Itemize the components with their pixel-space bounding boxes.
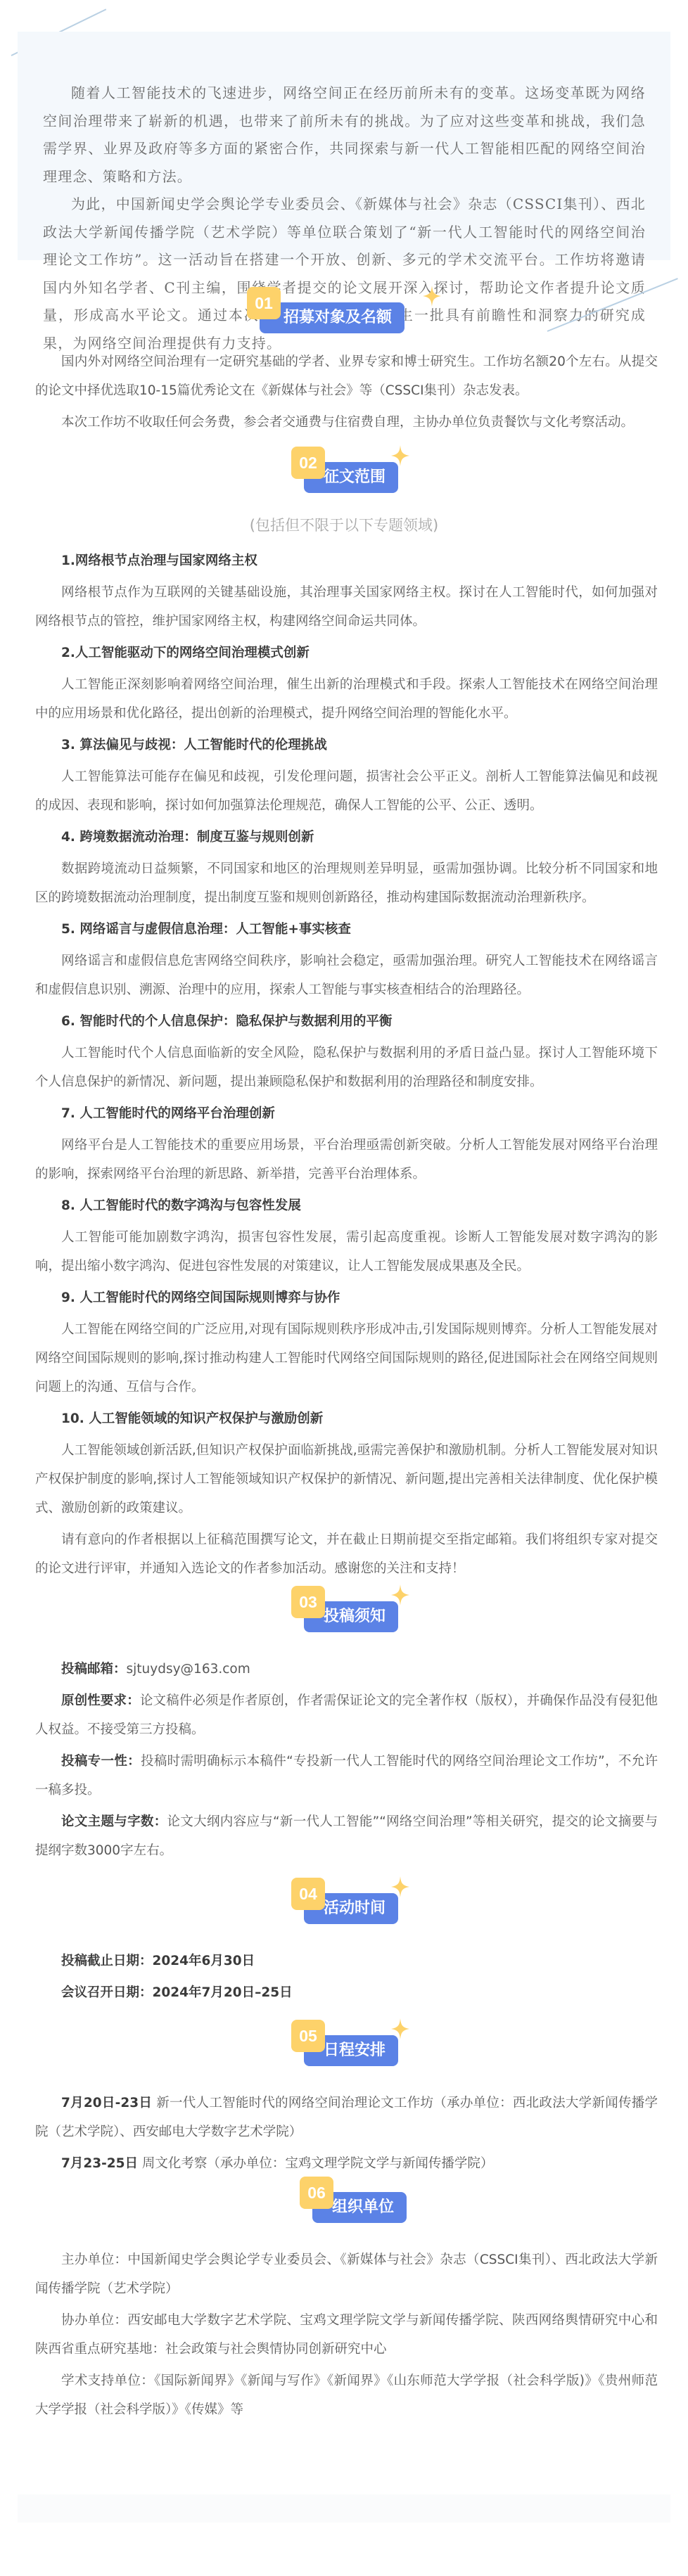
article-page: 随着人工智能技术的飞速进步，网络空间正在经历前所未有的变革。这场变革既为网络空间…: [0, 0, 688, 2523]
host-organizers: 主办单位：中国新闻史学会舆论学专业委员会、《新媒体与社会》杂志（CSSCI集刊）…: [35, 2245, 658, 2303]
section-04-content: 投稿截止日期：2024年6月30日 会议召开日期：2024年7月20日–25日: [0, 1947, 688, 2007]
topic-heading: 1.网络根节点治理与国家网络主权: [35, 546, 658, 575]
section-06-content: 主办单位：中国新闻史学会舆论学专业委员会、《新媒体与社会》杂志（CSSCI集刊）…: [0, 2245, 688, 2424]
schedule-date: 7月20日-23日: [61, 2096, 152, 2110]
section-number: 06: [300, 2177, 333, 2209]
item-label: 投稿邮箱：: [61, 1662, 127, 1677]
section-badge-04: 04 活动时间: [263, 1878, 425, 1938]
schedule-item: 7月20日-23日 新一代人工智能时代的网络空间治理论文工作坊（承办单位：西北政…: [35, 2089, 658, 2146]
paragraph: 本次工作坊不收取任何会务费，参会者交通费与住宿费自理，主协办单位负责餐饮与文化考…: [35, 408, 658, 437]
sparkle-icon: [391, 2018, 409, 2039]
topic-heading: 6. 智能时代的个人信息保护：隐私保护与数据利用的平衡: [35, 1007, 658, 1036]
section-badge-01: 01 招募对象及名额: [238, 287, 450, 347]
item-value: 2024年6月30日: [153, 1954, 255, 1968]
topic-heading: 2.人工智能驱动下的网络空间治理模式创新: [35, 639, 658, 667]
scope-note: (包括但不限于以下专题领域): [0, 511, 688, 539]
section-number: 01: [247, 287, 281, 319]
sparkle-icon: [391, 445, 409, 466]
sparkle-icon: [391, 1876, 409, 1897]
topic-text: 人工智能时代个人信息面临新的安全风险，隐私保护与数据利用的矛盾日益凸显。探讨人工…: [35, 1039, 658, 1096]
submission-email: 投稿邮箱：sjtuydsy@163.com: [35, 1655, 658, 1684]
item-value: 2024年7月20日–25日: [153, 1985, 293, 2000]
exclusive-submission: 投稿专一性：投稿时需明确标示本稿件“专投新一代人工智能时代的网络空间治理论文工作…: [35, 1747, 658, 1805]
section-01-content: 国内外对网络空间治理有一定研究基础的学者、业界专家和博士研究生。工作坊名额20个…: [0, 347, 688, 437]
topic-text: 数据跨境流动日益频繁，不同国家和地区的治理规则差异明显，亟需加强协调。比较分析不…: [35, 854, 658, 912]
section-badge-02: 02 征文范围: [263, 447, 425, 507]
meeting-date: 会议召开日期：2024年7月20日–25日: [35, 1978, 658, 2007]
topic-text: 网络谣言和虚假信息危害网络空间秩序，影响社会稳定，亟需加强治理。研究人工智能技术…: [35, 947, 658, 1004]
schedule-text: 周文化考察（承办单位：宝鸡文理学院文学与新闻传播学院）: [138, 2156, 493, 2171]
item-label: 投稿截止日期：: [61, 1954, 153, 1968]
academic-supporters: 学术支持单位：《国际新闻界》《新闻与写作》《新闻界》《山东师范大学学报（社会科学…: [35, 2366, 658, 2424]
topic-heading: 3. 算法偏见与歧视：人工智能时代的伦理挑战: [35, 731, 658, 760]
sparkle-icon: [391, 1584, 409, 1606]
topic-heading: 4. 跨境数据流动治理：制度互鉴与规则创新: [35, 823, 658, 852]
intro-paragraph: 随着人工智能技术的飞速进步，网络空间正在经历前所未有的变革。这场变革既为网络空间…: [43, 79, 646, 191]
topic-heading: 10. 人工智能领域的知识产权保护与激励创新: [35, 1404, 658, 1433]
intro-section: 随着人工智能技术的飞速进步，网络空间正在经历前所未有的变革。这场变革既为网络空间…: [0, 0, 688, 260]
section-number: 04: [291, 1878, 325, 1910]
section-05-content: 7月20日-23日 新一代人工智能时代的网络空间治理论文工作坊（承办单位：西北政…: [0, 2089, 688, 2178]
item-label: 论文主题与字数：: [61, 1814, 167, 1829]
topic-heading: 5. 网络谣言与虚假信息治理：人工智能+事实核查: [35, 915, 658, 944]
closing-paragraph: 请有意向的作者根据以上征稿范围撰写论文，并在截止日期前提交至指定邮箱。我们将组织…: [35, 1525, 658, 1583]
email-link[interactable]: sjtuydsy@163.com: [127, 1662, 250, 1677]
topic-heading: 9. 人工智能时代的网络空间国际规则博弈与协作: [35, 1283, 658, 1312]
section-number: 02: [291, 447, 325, 479]
schedule-item: 7月23-25日 周文化考察（承办单位：宝鸡文理学院文学与新闻传播学院）: [35, 2149, 658, 2178]
section-02-content: 1.网络根节点治理与国家网络主权 网络根节点作为互联网的关键基础设施，其治理事关…: [0, 546, 688, 1583]
section-03-content: 投稿邮箱：sjtuydsy@163.com 原创性要求：论文稿件必须是作者原创，…: [0, 1655, 688, 1865]
item-label: 投稿专一性：: [61, 1754, 141, 1769]
section-title: 招募对象及名额: [260, 302, 404, 333]
topic-text: 网络平台是人工智能技术的重要应用场景，平台治理亟需创新突破。分析人工智能发展对网…: [35, 1131, 658, 1188]
section-badge-05: 05 日程安排: [263, 2020, 425, 2080]
topic-and-length: 论文主题与字数：论文大纲内容应与“新一代人工智能”“网络空间治理”等相关研究，提…: [35, 1807, 658, 1865]
schedule-date: 7月23-25日: [61, 2156, 138, 2171]
section-number: 05: [291, 2020, 325, 2052]
deadline-date: 投稿截止日期：2024年6月30日: [35, 1947, 658, 1975]
topic-text: 人工智能正深刻影响着网络空间治理，催生出新的治理模式和手段。探索人工智能技术在网…: [35, 670, 658, 728]
item-label: 会议召开日期：: [61, 1985, 153, 2000]
sparkle-icon: [423, 286, 441, 307]
topic-text: 网络根节点作为互联网的关键基础设施，其治理事关国家网络主权。探讨在人工智能时代，…: [35, 578, 658, 636]
section-number: 03: [291, 1586, 325, 1618]
topic-heading: 7. 人工智能时代的网络平台治理创新: [35, 1099, 658, 1128]
topic-text: 人工智能在网络空间的广泛应用,对现有国际规则秩序形成冲击,引发国际规则博弈。分析…: [35, 1315, 658, 1402]
co-organizers: 协办单位：西安邮电大学数字艺术学院、宝鸡文理学院文学与新闻传播学院、陕西网络舆情…: [35, 2306, 658, 2364]
topic-text: 人工智能可能加剧数字鸿沟，损害包容性发展，需引起高度重视。诊断人工智能发展对数字…: [35, 1223, 658, 1281]
section-badge-06: 06 组织单位: [263, 2177, 425, 2237]
topic-text: 人工智能算法可能存在偏见和歧视，引发伦理问题，损害社会公平正义。剖析人工智能算法…: [35, 762, 658, 820]
section-badge-03: 03 投稿须知: [263, 1586, 425, 1646]
topic-heading: 8. 人工智能时代的数字鸿沟与包容性发展: [35, 1191, 658, 1220]
originality-requirement: 原创性要求：论文稿件必须是作者原创，作者需保证论文的完全著作权（版权），并确保作…: [35, 1686, 658, 1744]
intro-card: 随着人工智能技术的飞速进步，网络空间正在经历前所未有的变革。这场变革既为网络空间…: [18, 32, 670, 260]
item-label: 原创性要求：: [61, 1693, 140, 1708]
topic-text: 人工智能领域创新活跃,但知识产权保护面临新挑战,亟需完善保护和激励机制。分析人工…: [35, 1436, 658, 1523]
bottom-strip: [18, 2494, 670, 2523]
